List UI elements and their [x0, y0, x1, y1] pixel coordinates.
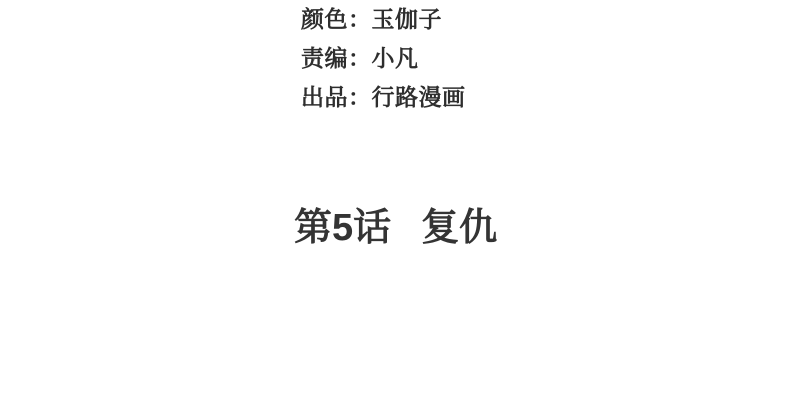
credit-label: 责编	[301, 45, 348, 71]
credit-label: 出品	[301, 84, 348, 110]
credit-value: 小凡	[372, 45, 419, 71]
credit-label: 颜色	[301, 6, 348, 32]
credit-line-producer: 出品：行路漫画	[301, 78, 466, 117]
credit-line-color: 颜色：玉伽子	[301, 0, 466, 39]
credit-separator: ：	[348, 45, 372, 71]
credit-value: 行路漫画	[372, 84, 466, 110]
credit-separator: ：	[348, 84, 372, 110]
credit-line-editor: 责编：小凡	[301, 39, 466, 78]
credit-value: 玉伽子	[372, 6, 443, 32]
chapter-title: 第5话 复仇	[294, 206, 497, 250]
comic-page-background: 颜色：玉伽子 责编：小凡 出品：行路漫画 第5话 复仇	[0, 0, 799, 393]
credits-block: 颜色：玉伽子 责编：小凡 出品：行路漫画	[301, 0, 466, 117]
credit-separator: ：	[348, 6, 372, 32]
chapter-number: 第5话	[294, 206, 391, 250]
chapter-name: 复仇	[421, 206, 497, 250]
